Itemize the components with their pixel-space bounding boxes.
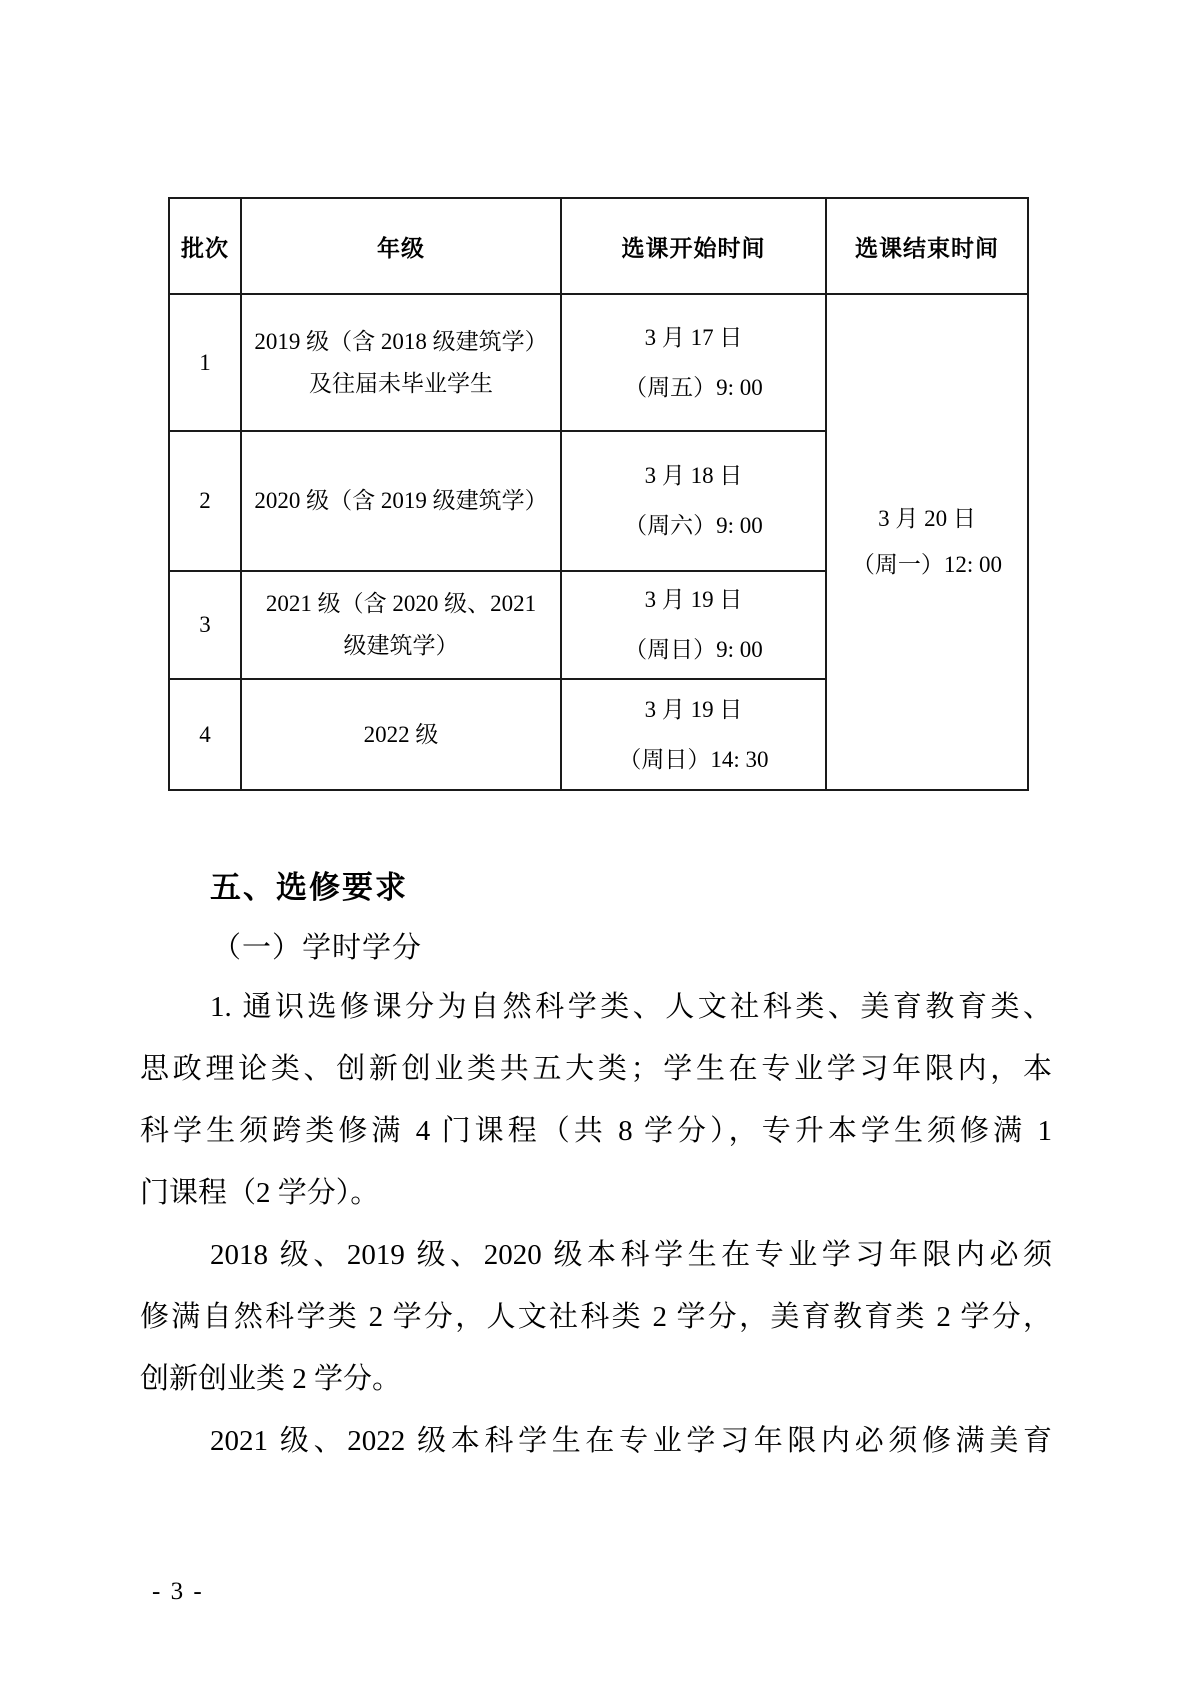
start-clock-line: （周六）9: 00 (566, 501, 821, 551)
col-header-start-time: 选课开始时间 (561, 198, 826, 294)
end-date-line: 3 月 20 日 (831, 496, 1023, 542)
start-date-line: 3 月 17 日 (566, 313, 821, 363)
batch-cell: 4 (169, 679, 241, 790)
end-clock-line: （周一）12: 00 (831, 542, 1023, 588)
start-time-cell: 3 月 19 日 （周日）14: 30 (561, 679, 826, 790)
grade-line: 2021 级（含 2020 级、2021 (246, 583, 556, 625)
document-page: 批次 年级 选课开始时间 选课结束时间 1 2019 级（含 2018 级建筑学… (0, 0, 1191, 1684)
start-time-cell: 3 月 17 日 （周五）9: 00 (561, 294, 826, 431)
grade-cell: 2022 级 (241, 679, 561, 790)
start-time-cell: 3 月 18 日 （周六）9: 00 (561, 431, 826, 571)
paragraph-line: 修满自然科学类 2 学分，人文社科类 2 学分，美育教育类 2 学分， (140, 1286, 1052, 1348)
col-header-end-time: 选课结束时间 (826, 198, 1028, 294)
section-heading: 五、选修要求 (210, 862, 408, 907)
course-selection-schedule-table: 批次 年级 选课开始时间 选课结束时间 1 2019 级（含 2018 级建筑学… (168, 197, 1029, 791)
grade-cell: 2020 级（含 2019 级建筑学） (241, 431, 561, 571)
table-row: 1 2019 级（含 2018 级建筑学） 及往届未毕业学生 3 月 17 日 … (169, 294, 1028, 431)
grade-line: 2020 级（含 2019 级建筑学） (246, 480, 556, 522)
paragraph-line: 门课程（2 学分）。 (140, 1162, 1052, 1224)
start-clock-line: （周日）14: 30 (566, 735, 821, 785)
table-header-row: 批次 年级 选课开始时间 选课结束时间 (169, 198, 1028, 294)
start-clock-line: （周五）9: 00 (566, 363, 821, 413)
paragraph-line: 科学生须跨类修满 4 门课程（共 8 学分），专升本学生须修满 1 (140, 1100, 1052, 1162)
body-text: 1. 通识选修课分为自然科学类、人文社科类、美育教育类、 思政理论类、创新创业类… (140, 976, 1052, 1472)
start-date-line: 3 月 18 日 (566, 451, 821, 501)
grade-line: 及往届未毕业学生 (246, 363, 556, 405)
grade-line: 级建筑学） (246, 625, 556, 667)
start-date-line: 3 月 19 日 (566, 685, 821, 735)
grade-line: 2022 级 (246, 714, 556, 756)
grade-cell: 2019 级（含 2018 级建筑学） 及往届未毕业学生 (241, 294, 561, 431)
grade-line: 2019 级（含 2018 级建筑学） (246, 321, 556, 363)
col-header-batch: 批次 (169, 198, 241, 294)
paragraph-line: 1. 通识选修课分为自然科学类、人文社科类、美育教育类、 (140, 976, 1052, 1038)
batch-cell: 1 (169, 294, 241, 431)
batch-cell: 2 (169, 431, 241, 571)
start-date-line: 3 月 19 日 (566, 575, 821, 625)
paragraph-line: 2018 级、2019 级、2020 级本科学生在专业学习年限内必须 (140, 1224, 1052, 1286)
page-number: - 3 - (152, 1578, 204, 1606)
start-time-cell: 3 月 19 日 （周日）9: 00 (561, 571, 826, 679)
paragraph-line: 思政理论类、创新创业类共五大类；学生在专业学习年限内，本 (140, 1038, 1052, 1100)
paragraph-line: 创新创业类 2 学分。 (140, 1348, 1052, 1410)
subsection-heading: （一）学时学分 (212, 925, 422, 966)
batch-cell: 3 (169, 571, 241, 679)
paragraph-line: 2021 级、2022 级本科学生在专业学习年限内必须修满美育 (140, 1410, 1052, 1472)
col-header-grade: 年级 (241, 198, 561, 294)
grade-cell: 2021 级（含 2020 级、2021 级建筑学） (241, 571, 561, 679)
start-clock-line: （周日）9: 00 (566, 625, 821, 675)
end-time-cell: 3 月 20 日 （周一）12: 00 (826, 294, 1028, 790)
